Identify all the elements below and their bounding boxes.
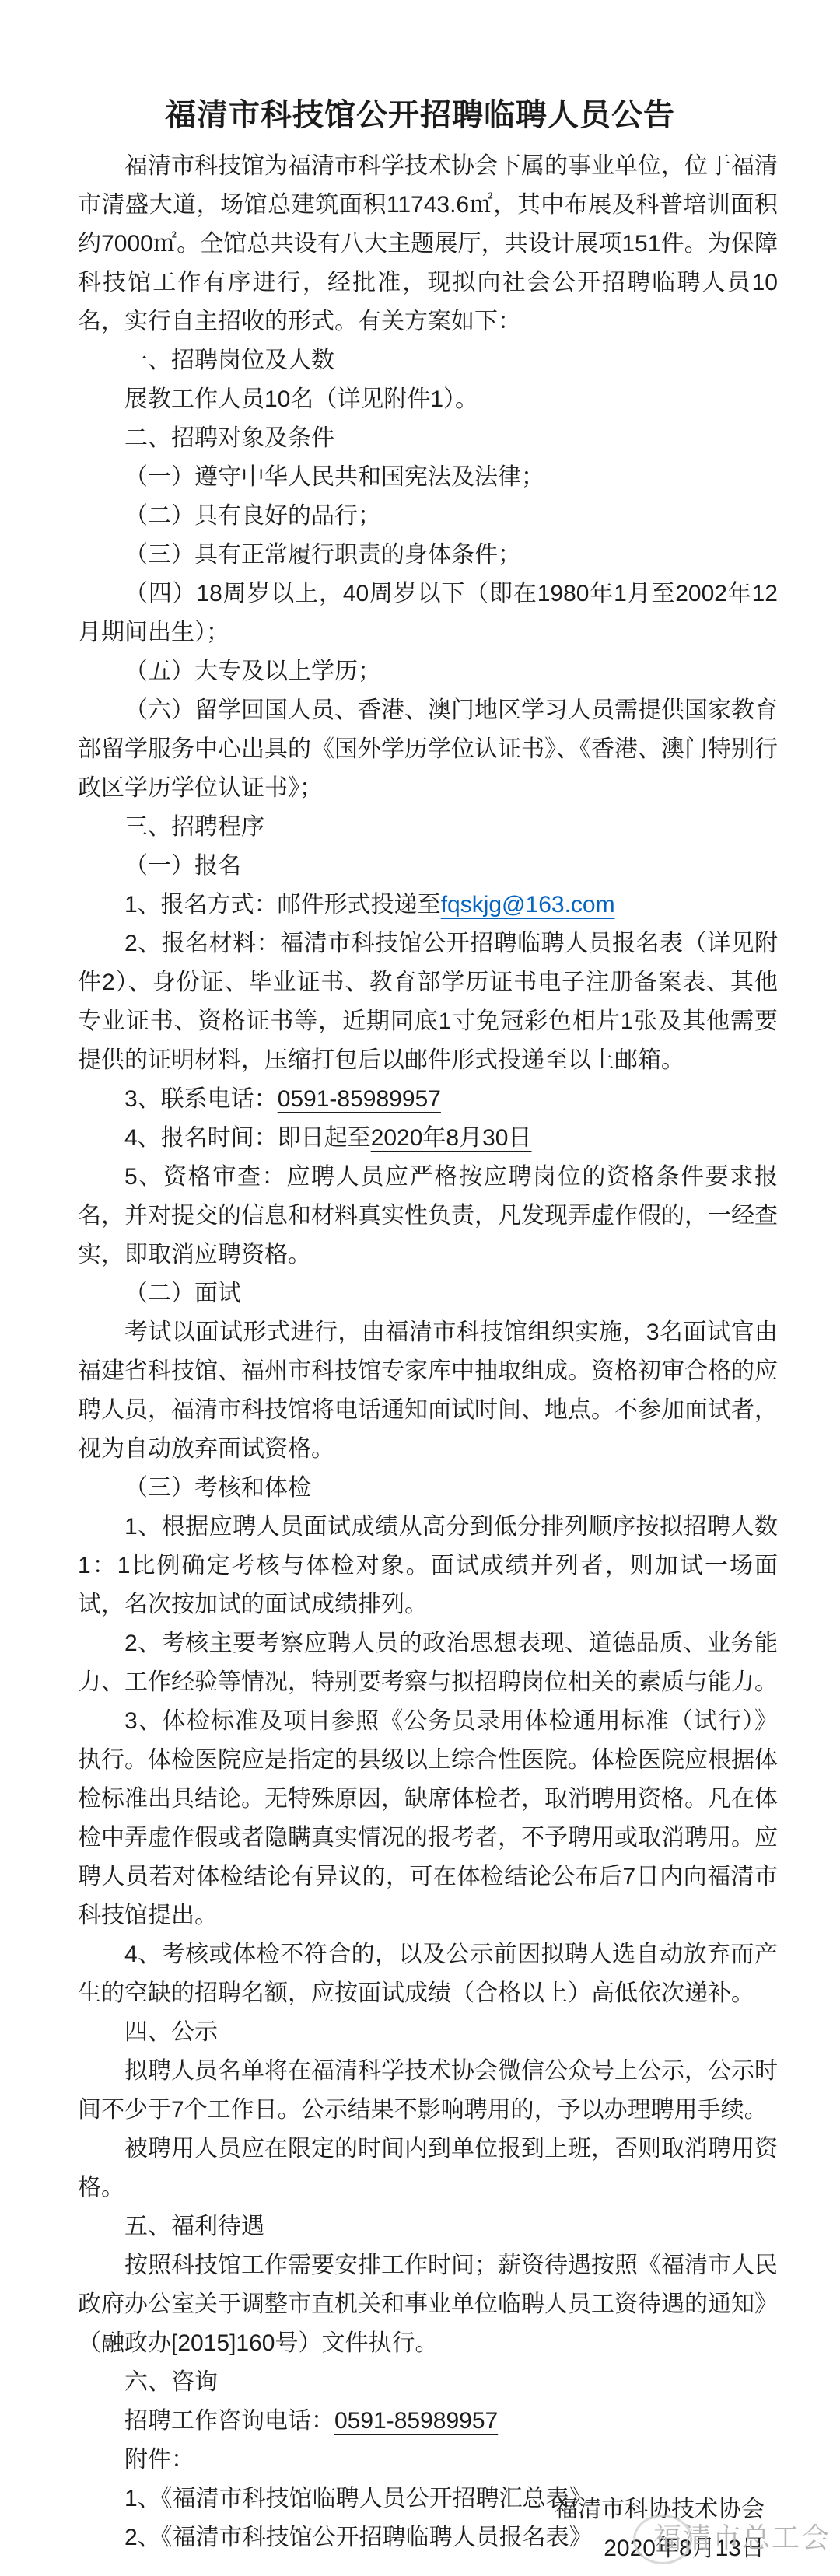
apply-deadline: 2020年8月30日	[371, 1125, 532, 1151]
text-segment: （二）面试	[124, 1281, 241, 1306]
text-segment: 被聘用人员应在限定的时间内到单位报到上班，否则取消聘用资格。	[78, 2136, 778, 2200]
doc-paragraph: 考试以面试形式进行，由福清市科技馆组织实施，3名面试官由福建省科技馆、福州市科技…	[78, 1313, 778, 1469]
text-segment: 1、《福清市科技馆临聘人员公开招聘汇总表》	[124, 2486, 593, 2511]
heading-3: 三、招聘程序	[78, 808, 778, 847]
doc-paragraph: 4、报名时间：即日起至2020年8月30日	[78, 1119, 778, 1158]
email-link[interactable]: fqskjg@163.com	[441, 892, 615, 918]
text-segment: 展教工作人员10名（详见附件1）。	[124, 386, 478, 412]
text-segment: 3、联系电话：	[124, 1086, 278, 1112]
text-segment: （五）大专及以上学历；	[124, 659, 381, 684]
doc-paragraph: 展教工作人员10名（详见附件1）。	[78, 380, 778, 419]
doc-paragraph: 招聘工作咨询电话：0591-85989957	[78, 2402, 778, 2441]
text-segment: 附件：	[124, 2447, 194, 2473]
doc-paragraph: 1、报名方式：邮件形式投递至fqskjg@163.com	[78, 886, 778, 924]
heading-4: 四、公示	[78, 2013, 778, 2052]
text-segment: 招聘工作咨询电话：	[124, 2408, 334, 2434]
doc-paragraph: 4、考核或体检不符合的，以及公示前因拟聘人选自动放弃而产生的空缺的招聘名额，应按…	[78, 1935, 778, 2013]
document-page: 福清市科技馆公开招聘临聘人员公告 福清市科技馆为福清市科学技术协会下属的事业单位…	[0, 0, 840, 2576]
text-segment: 5、资格审查：应聘人员应严格按应聘岗位的资格条件要求报名，并对提交的信息和材料真…	[78, 1164, 778, 1267]
doc-paragraph: （二）面试	[78, 1274, 778, 1313]
text-segment: 1、根据应聘人员面试成绩从高分到低分排列顺序按拟招聘人数1：1比例确定考核与体检…	[78, 1514, 778, 1617]
heading-5: 五、福利待遇	[78, 2207, 778, 2246]
text-segment: （四）18周岁以上，40周岁以下（即在1980年1月至2002年12月期间出生）…	[78, 581, 778, 645]
doc-paragraph: （三）考核和体检	[78, 1469, 778, 1508]
text-segment: 3、体检标准及项目参照《公务员录用体检通用标准（试行）》执行。体检医院应是指定的…	[78, 1708, 778, 1928]
document-body: 福清市科技馆为福清市科学技术协会下属的事业单位，位于福清市清盛大道，场馆总建筑面…	[78, 147, 778, 2557]
text-segment: （三）具有正常履行职责的身体条件；	[124, 542, 521, 568]
doc-paragraph: 1、根据应聘人员面试成绩从高分到低分排列顺序按拟招聘人数1：1比例确定考核与体检…	[78, 1508, 778, 1624]
contact-phone: 0591-85989957	[278, 1086, 441, 1112]
text-segment: （二）具有良好的品行；	[124, 503, 381, 529]
text-segment: 2、报名材料：福清市科技馆公开招聘临聘人员报名表（详见附件2）、身份证、毕业证书…	[78, 931, 778, 1073]
text-segment: 按照科技馆工作需要安排工作时间；薪资待遇按照《福清市人民政府办公室关于调整市直机…	[78, 2253, 778, 2356]
doc-paragraph: （五）大专及以上学历；	[78, 652, 778, 691]
text-segment: 4、考核或体检不符合的，以及公示前因拟聘人选自动放弃而产生的空缺的招聘名额，应按…	[78, 1942, 778, 2006]
doc-paragraph: （二）具有良好的品行；	[78, 497, 778, 536]
doc-paragraph: （一）报名	[78, 847, 778, 886]
doc-paragraph: 拟聘人员名单将在福清科学技术协会微信公众号上公示，公示时间不少于7个工作日。公示…	[78, 2052, 778, 2130]
heading-1: 一、招聘岗位及人数	[78, 341, 778, 380]
doc-paragraph: 被聘用人员应在限定的时间内到单位报到上班，否则取消聘用资格。	[78, 2130, 778, 2207]
union-watermark: 福清市总工会	[653, 2522, 831, 2553]
heading-2: 二、招聘对象及条件	[78, 419, 778, 458]
text-segment: 4、报名时间：即日起至	[124, 1125, 371, 1151]
doc-paragraph: 附件：	[78, 2441, 778, 2480]
doc-paragraph: 5、资格审查：应聘人员应严格按应聘岗位的资格条件要求报名，并对提交的信息和材料真…	[78, 1158, 778, 1274]
watermark-text: 福清市总工会	[653, 2522, 831, 2553]
text-segment: 二、招聘对象及条件	[124, 425, 334, 451]
text-segment: （一）遵守中华人民共和国宪法及法律；	[124, 464, 544, 490]
text-segment: （六）留学回国人员、香港、澳门地区学习人员需提供国家教育部留学服务中心出具的《国…	[78, 697, 778, 801]
heading-6: 六、咨询	[78, 2363, 778, 2402]
doc-paragraph: 3、体检标准及项目参照《公务员录用体检通用标准（试行）》执行。体检医院应是指定的…	[78, 1702, 778, 1935]
text-segment: （一）报名	[124, 853, 241, 879]
text-segment: 六、咨询	[124, 2369, 218, 2395]
text-segment: 福清市科技馆为福清市科学技术协会下属的事业单位，位于福清市清盛大道，场馆总建筑面…	[78, 153, 778, 334]
intro-paragraph: 福清市科技馆为福清市科学技术协会下属的事业单位，位于福清市清盛大道，场馆总建筑面…	[78, 147, 778, 341]
text-segment: 1、报名方式：邮件形式投递至	[124, 892, 441, 918]
text-segment: 一、招聘岗位及人数	[124, 348, 334, 373]
doc-paragraph: （一）遵守中华人民共和国宪法及法律；	[78, 458, 778, 497]
doc-paragraph: 2、考核主要考察应聘人员的政治思想表现、道德品质、业务能力、工作经验等情况，特别…	[78, 1624, 778, 1702]
text-segment: 考试以面试形式进行，由福清市科技馆组织实施，3名面试官由福建省科技馆、福州市科技…	[78, 1319, 778, 1462]
text-segment: 四、公示	[124, 2019, 218, 2045]
text-segment: 拟聘人员名单将在福清科学技术协会微信公众号上公示，公示时间不少于7个工作日。公示…	[78, 2058, 778, 2123]
text-segment: （三）考核和体检	[124, 1475, 311, 1501]
doc-paragraph: 2、报名材料：福清市科技馆公开招聘临聘人员报名表（详见附件2）、身份证、毕业证书…	[78, 924, 778, 1080]
page-title: 福清市科技馆公开招聘临聘人员公告	[0, 0, 840, 135]
consult-phone: 0591-85989957	[334, 2408, 498, 2434]
doc-paragraph: 按照科技馆工作需要安排工作时间；薪资待遇按照《福清市人民政府办公室关于调整市直机…	[78, 2246, 778, 2363]
doc-paragraph: （四）18周岁以上，40周岁以下（即在1980年1月至2002年12月期间出生）…	[78, 575, 778, 652]
doc-paragraph: （六）留学回国人员、香港、澳门地区学习人员需提供国家教育部留学服务中心出具的《国…	[78, 691, 778, 808]
text-segment: 2、考核主要考察应聘人员的政治思想表现、道德品质、业务能力、工作经验等情况，特别…	[78, 1631, 778, 1695]
doc-paragraph: 3、联系电话：0591-85989957	[78, 1080, 778, 1119]
text-segment: 五、福利待遇	[124, 2214, 264, 2239]
doc-paragraph: （三）具有正常履行职责的身体条件；	[78, 536, 778, 575]
text-segment: 三、招聘程序	[124, 814, 264, 840]
text-segment: 2、《福清市科技馆公开招聘临聘人员报名表》	[124, 2525, 593, 2550]
